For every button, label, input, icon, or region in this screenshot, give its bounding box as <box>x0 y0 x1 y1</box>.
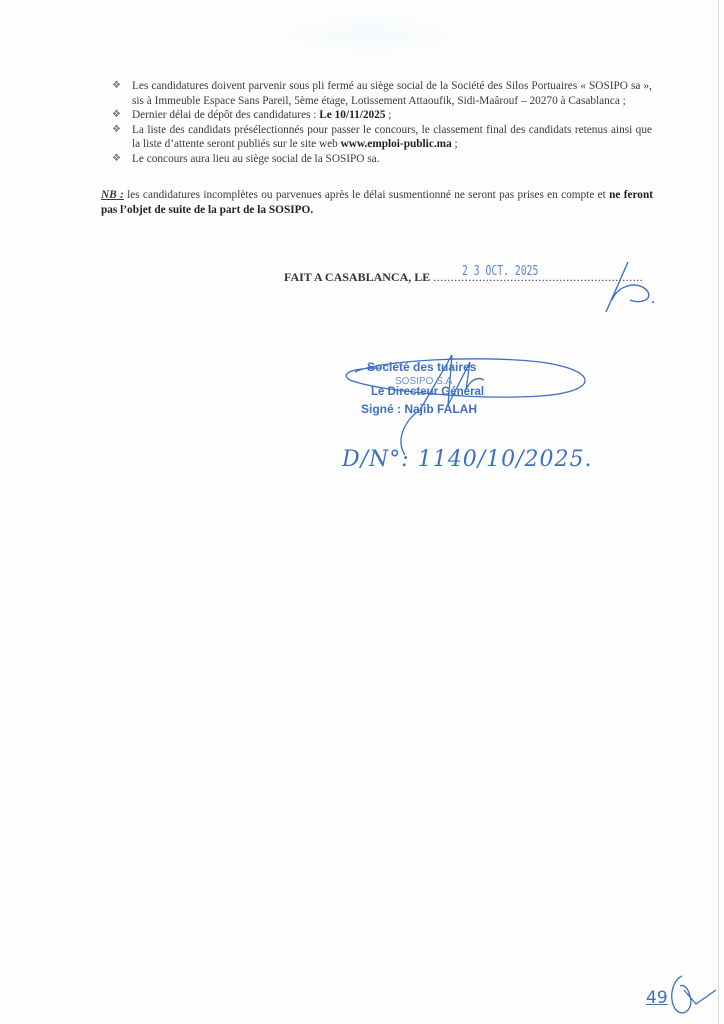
stamp-signatory: Signé : Najib FALAH <box>361 402 477 416</box>
page-number: 49 <box>646 988 668 1008</box>
page-initials-icon <box>672 976 716 1013</box>
document-page: ❖Les candidatures doivent parvenir sous … <box>0 0 724 1024</box>
initials-signature-icon <box>606 262 654 312</box>
handwritten-reference-number: D/N°: 1140/10/2025. <box>342 447 593 472</box>
handwriting-overlay <box>0 0 724 1024</box>
stamp-company-name: Société des tuaires <box>367 360 476 374</box>
stamp-title: Le Directeur Général <box>371 386 484 398</box>
